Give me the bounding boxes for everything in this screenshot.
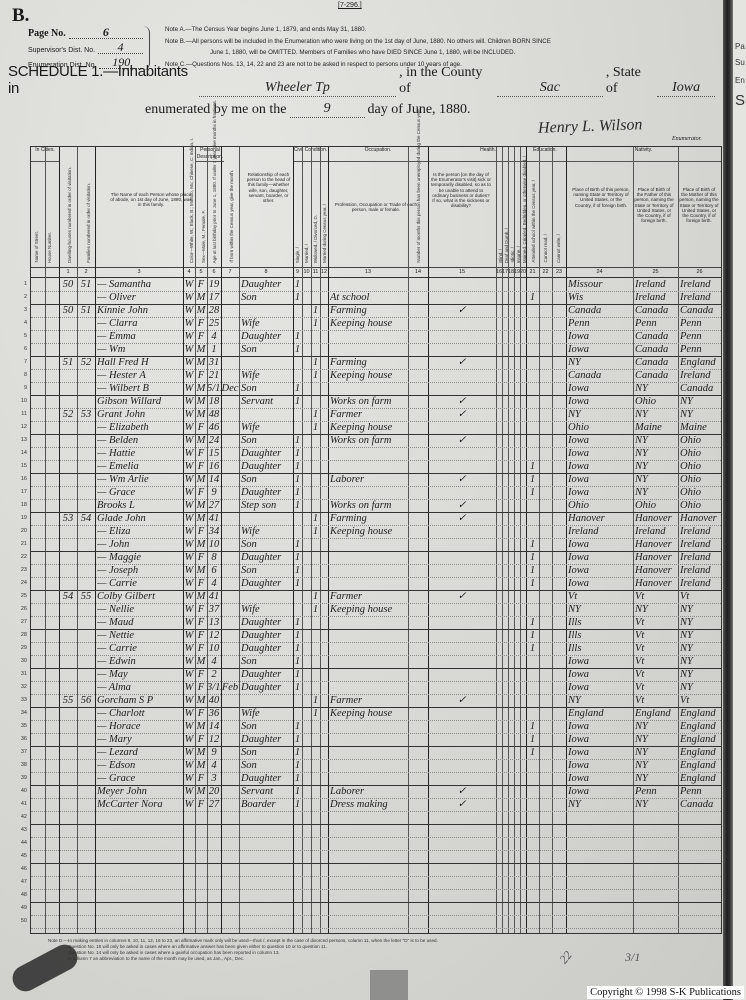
line-number: 40 [13,785,27,798]
cell-occ: Farmer [330,694,408,707]
cell-color [183,824,195,837]
cell-father: Hanover [635,551,678,564]
cell-name: — Nellie [97,603,183,616]
cell-family [77,317,95,330]
cell-rel: Son [241,564,293,577]
cell-dwelling [59,863,77,876]
line-number: 35 [13,720,27,733]
cell-married [311,642,320,655]
cell-single: 1 [293,772,302,785]
cell-single [293,915,302,928]
cell-age: 40 [207,694,221,707]
cell-name: — Emma [97,330,183,343]
cell-mother: Ireland [680,564,721,577]
cell-sick [428,551,496,564]
table-row: 48 [31,889,721,903]
cell-father: Ireland [635,525,678,538]
cell-color: W [183,460,195,473]
line-number: 3 [13,304,27,317]
cell-sex: F [195,421,207,434]
cell-married [311,876,320,889]
cell-mother: Ohio [680,486,721,499]
cell-single: 1 [293,551,302,564]
enumeration-date-line: enumerated by me on the 9 day of June, 1… [145,98,645,118]
cell-sex [195,837,207,850]
line-number: 11 [13,408,27,421]
cell-sex: F [195,525,207,538]
cell-single [293,811,302,824]
cell-father: NY [635,798,678,811]
cell-month [221,668,239,681]
cell-age [207,863,221,876]
cell-birth: Iowa [568,577,633,590]
cell-name: — Carrie [97,577,183,590]
cell-age: 14 [207,473,221,486]
cell-age: 4 [207,330,221,343]
cell-dwelling [59,889,77,902]
cell-married [311,551,320,564]
cell-birth: Iowa [568,564,633,577]
header-mother-birthplace: Place of Birth of the Mother of this per… [679,187,719,223]
cell-sick [428,564,496,577]
cell-color: W [183,278,195,291]
cell-name: — Hester A [97,369,183,382]
colnum: 9 [293,267,302,277]
cell-single: 1 [293,343,302,356]
header-birth-month: If born within the Census year, give the… [229,170,234,263]
table-row: 28— NettieWF12Daughter11IllsVtNY [31,629,721,643]
line-number: 37 [13,746,27,759]
cell-birth: Iowa [568,681,633,694]
table-row: 23— JosephWM6Son11IowaHanoverIreland [31,564,721,578]
day-field: 9 [290,101,365,118]
cell-occ [330,668,408,681]
cell-mother: NY [680,616,721,629]
cell-name: — Horace [97,720,183,733]
cell-occ [330,824,408,837]
cell-family: 51 [77,304,95,317]
line-number: 23 [13,564,27,577]
cell-family [77,876,95,889]
cell-sick [428,720,496,733]
cell-name: Brooks L [97,499,183,512]
group-occupation: Occupation. [328,147,428,162]
cell-rel: Wife [241,369,293,382]
cell-color: W [183,772,195,785]
cell-single: 1 [293,785,302,798]
cell-name: — Maud [97,616,183,629]
cell-school [526,798,539,811]
cell-birth: Iowa [568,733,633,746]
line-number: 2 [13,291,27,304]
cell-sick: ✓ [428,499,496,512]
cell-school [526,694,539,707]
cell-single: 1 [293,681,302,694]
cell-single: 1 [293,733,302,746]
table-row: 39— GraceWF3Daughter1IowaNYEngland [31,772,721,786]
cell-birth [568,863,633,876]
cell-sex: F [195,577,207,590]
cell-birth: NY [568,694,633,707]
cell-color: W [183,356,195,369]
cell-color: W [183,603,195,616]
cell-occ [330,850,408,863]
cell-sex: M [195,356,207,369]
table-row: 34— CharlottWF36Wife1Keeping houseEnglan… [31,707,721,721]
state-field: Iowa [657,80,715,97]
cell-sex: F [195,798,207,811]
cell-single [293,863,302,876]
cell-single [293,421,302,434]
cell-family [77,772,95,785]
cell-month [221,356,239,369]
cell-single [293,837,302,850]
table-row: 20— ElizaWF34Wife1Keeping houseIrelandIr… [31,525,721,539]
cell-sick: ✓ [428,356,496,369]
cell-sex: M [195,538,207,551]
cell-sick: ✓ [428,798,496,811]
cell-birth: Iowa [568,330,633,343]
cell-rel: Boarder [241,798,293,811]
line-number: 25 [13,590,27,603]
table-row: 16— Wm ArlieWM14Son1Laborer✓1IowaNYOhio [31,473,721,487]
cell-married [311,889,320,902]
cell-birth: Iowa [568,759,633,772]
cell-rel: Servant [241,785,293,798]
cell-age [207,915,221,928]
cell-occ [330,564,408,577]
cell-name: — Wm [97,343,183,356]
cell-mother: Ireland [680,291,721,304]
cell-birth: NY [568,356,633,369]
cell-mother: Vt [680,590,721,603]
cell-month [221,577,239,590]
cell-mother: Ireland [680,551,721,564]
cell-single: 1 [293,460,302,473]
cell-sex: F [195,629,207,642]
cell-mother: England [680,707,721,720]
cell-sick [428,902,496,915]
cell-family: 53 [77,408,95,421]
cell-married [311,811,320,824]
cell-dwelling [59,850,77,863]
cell-dwelling [59,473,77,486]
cell-age: 36 [207,707,221,720]
cell-dwelling [59,486,77,499]
cell-occ [330,759,408,772]
cell-single [293,694,302,707]
line-number: 33 [13,694,27,707]
cell-month [221,590,239,603]
line-number: 21 [13,538,27,551]
cell-school [526,434,539,447]
cell-father: Vt [635,681,678,694]
cell-family [77,681,95,694]
cell-age: 31 [207,356,221,369]
cell-month [221,460,239,473]
cell-school [526,525,539,538]
cell-sick [428,824,496,837]
cell-sick [428,642,496,655]
cell-name: — Oliver [97,291,183,304]
cell-rel: Wife [241,707,293,720]
cell-sex [195,811,207,824]
table-row: 41McCarter NoraWF27Boarder1Dress making✓… [31,798,721,812]
cell-dwelling [59,369,77,382]
schedule-heading: SCHEDULE 1.—Inhabitants in Wheeler Tp , … [8,75,718,97]
cell-birth: Iowa [568,655,633,668]
table-row: 15051— SamanthaWF19Daughter1MissourIrela… [31,278,721,292]
cell-rel [241,889,293,902]
cell-occ [330,902,408,915]
cell-sick [428,850,496,863]
cell-mother: Canada [680,382,721,395]
header-sickness: Is the person [on the day of the Enumera… [431,172,491,208]
cell-rel: Wife [241,421,293,434]
cell-father: Vt [635,655,678,668]
cell-name [97,850,183,863]
cell-single [293,408,302,421]
cell-rel: Son [241,720,293,733]
note-b-2: June 1, 1880, will be OMITTED. Members o… [165,47,725,59]
cell-birth: Ills [568,642,633,655]
cell-single: 1 [293,655,302,668]
cell-sick [428,707,496,720]
cell-family [77,668,95,681]
cell-sex: M [195,291,207,304]
colnum: 23 [552,267,566,277]
cell-family [77,850,95,863]
cell-father [635,902,678,915]
cell-occ [330,330,408,343]
cell-month [221,798,239,811]
cell-family [77,837,95,850]
line-number: 20 [13,525,27,538]
cell-family [77,603,95,616]
header-widowed: Widowed, / Divorced, D. [313,215,318,263]
cell-sick [428,278,496,291]
cell-occ: Farmer [330,590,408,603]
cell-age: 1 [207,343,221,356]
cell-rel [241,902,293,915]
cell-month [221,304,239,317]
cell-age [207,889,221,902]
cell-father: Hanover [635,512,678,525]
colnum: 22 [539,267,552,277]
cell-father [635,837,678,850]
cell-dwelling [59,577,77,590]
cell-month [221,538,239,551]
cell-occ: At school [330,291,408,304]
cell-school [526,707,539,720]
cell-sick [428,863,496,876]
cell-sick [428,330,496,343]
adjacent-page-text: Su [735,58,745,67]
cell-family [77,525,95,538]
cell-dwelling [59,616,77,629]
cell-sex: F [195,369,207,382]
cell-married [311,733,320,746]
cell-family [77,798,95,811]
cell-married: 1 [311,525,320,538]
line-number: 22 [13,551,27,564]
cell-dwelling [59,733,77,746]
cell-school [526,317,539,330]
cell-family [77,577,95,590]
cell-mother: Penn [680,317,721,330]
cell-father: Canada [635,304,678,317]
table-row: 9— Wilbert BWM5/12DecSon1IowaNYCanada [31,382,721,396]
cell-married: 1 [311,694,320,707]
cell-month [221,707,239,720]
cell-color [183,889,195,902]
cell-rel: Son [241,382,293,395]
cell-color [183,902,195,915]
cell-color: W [183,733,195,746]
cell-married [311,798,320,811]
cell-age: 10 [207,642,221,655]
cell-father: Penn [635,785,678,798]
cell-birth: Iowa [568,343,633,356]
cell-age: 6 [207,564,221,577]
cell-sick [428,629,496,642]
cell-rel [241,863,293,876]
cell-mother: Vt [680,694,721,707]
cell-school [526,759,539,772]
cell-birth: Iowa [568,720,633,733]
cell-family [77,616,95,629]
cell-color: W [183,343,195,356]
header-cannot-write: Cannot write, / [556,234,561,263]
header-married: Married, / [304,244,309,263]
adjacent-page-edge: Pa Su En SC [733,0,746,1000]
cell-father [635,915,678,928]
table-row: 47 [31,876,721,890]
cell-married [311,382,320,395]
table-row: 43 [31,824,721,838]
cell-single: 1 [293,629,302,642]
cell-age: 15 [207,447,221,460]
cell-month [221,876,239,889]
cell-family [77,369,95,382]
cell-sick [428,811,496,824]
cell-mother: Ireland [680,577,721,590]
cell-school [526,395,539,408]
cell-sex: M [195,655,207,668]
cell-dwelling [59,447,77,460]
cell-birth: Iowa [568,486,633,499]
line-number: 9 [13,382,27,395]
cell-single [293,369,302,382]
cell-father: NY [635,733,678,746]
cell-age: 25 [207,317,221,330]
cell-birth: Missour [568,278,633,291]
cell-mother: NY [680,655,721,668]
cell-age: 12 [207,629,221,642]
cell-color: W [183,694,195,707]
table-row: 2— OliverWM17Son1At school1WisIrelandIre… [31,291,721,305]
cell-single: 1 [293,642,302,655]
cell-age [207,850,221,863]
cell-sex: F [195,642,207,655]
cell-mother: Penn [680,343,721,356]
cell-single: 1 [293,291,302,304]
page-no-label: Page No. [28,28,66,39]
table-row: 42 [31,811,721,825]
cell-sex: M [195,473,207,486]
cell-name: — Elizabeth [97,421,183,434]
line-number: 34 [13,707,27,720]
cell-rel [241,811,293,824]
cell-school [526,850,539,863]
cell-mother: Penn [680,785,721,798]
cell-color: W [183,421,195,434]
cell-dwelling [59,317,77,330]
cell-rel: Daughter [241,551,293,564]
cell-color: W [183,369,195,382]
cell-occ: Works on farm [330,434,408,447]
table-row: 21— JohnWM10Son11IowaHanoverIreland [31,538,721,552]
cell-sex [195,902,207,915]
table-row: 75152Hall Fred HWM311Farming✓NYCanadaEng… [31,356,721,370]
cell-sick: ✓ [428,590,496,603]
cell-occ [330,551,408,564]
cell-rel [241,356,293,369]
cell-month [221,746,239,759]
cell-married [311,447,320,460]
copyright-notice: Copyright © 1998 S-K Publications [587,986,744,999]
cell-color: W [183,720,195,733]
cell-age: 28 [207,304,221,317]
cell-father: Canada [635,369,678,382]
colnum: 10 [302,267,311,277]
cell-father: NY [635,447,678,460]
cell-sex: F [195,616,207,629]
cell-married [311,902,320,915]
cell-single [293,590,302,603]
cell-single [293,525,302,538]
cell-father: Hanover [635,577,678,590]
cell-rel [241,824,293,837]
group-personal: Personal Description. [196,147,224,162]
line-number: 39 [13,772,27,785]
cell-color: W [183,551,195,564]
cell-age: 19 [207,278,221,291]
cell-occ [330,486,408,499]
cell-name [97,876,183,889]
cell-name: — Nettie [97,629,183,642]
cell-age [207,824,221,837]
line-number: 13 [13,434,27,447]
table-header: In Cities. Personal Description. Civil C… [31,147,721,268]
cell-married [311,499,320,512]
table-row: 30— EdwinWM4Son1IowaVtNY [31,655,721,669]
colnum: 1 [59,267,77,277]
cell-sex: M [195,304,207,317]
colnum: 24 [566,267,633,277]
cell-name [97,837,183,850]
cell-single: 1 [293,434,302,447]
cell-birth: Canada [568,369,633,382]
cell-married [311,460,320,473]
cell-occ [330,811,408,824]
cell-mother: England [680,772,721,785]
cell-sick [428,681,496,694]
cell-birth: Vt [568,590,633,603]
cell-rel [241,590,293,603]
cell-month [221,473,239,486]
schedule-title: SCHEDULE 1.—Inhabitants in [8,63,196,97]
